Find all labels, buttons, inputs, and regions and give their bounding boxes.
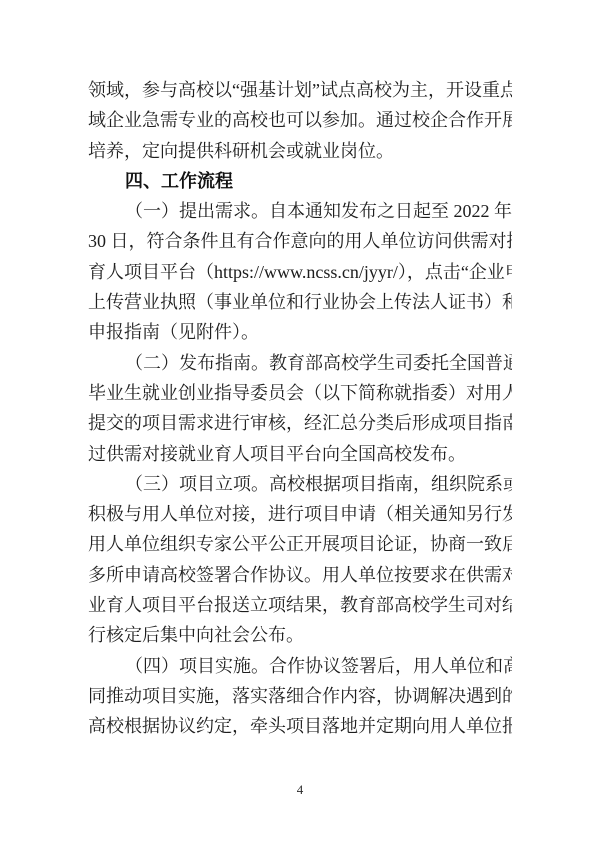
text-line: 培养，定向提供科研机会或就业岗位。 xyxy=(88,136,512,166)
text-line: （二）发布指南。教育部高校学生司委托全国普通高校 xyxy=(88,348,512,378)
text-line: 申报指南（见附件）。 xyxy=(88,317,512,347)
text-line: （四）项目实施。合作协议签署后，用人单位和高校共 xyxy=(88,651,512,681)
text-line: 积极与用人单位对接，进行项目申请（相关通知另行发布）。 xyxy=(88,499,512,529)
page-number: 4 xyxy=(0,782,600,798)
text-line: 用人单位组织专家公平公正开展项目论证，协商一致后可与 xyxy=(88,529,512,559)
text-line: 30 日，符合条件且有合作意向的用人单位访问供需对接就业 xyxy=(88,226,512,256)
text-line: （一）提出需求。自本通知发布之日起至 2022 年 6 月 xyxy=(88,196,512,226)
text-line: （三）项目立项。高校根据项目指南，组织院系或部门 xyxy=(88,469,512,499)
text-line: 行核定后集中向社会公布。 xyxy=(88,620,512,650)
text-line: 过供需对接就业育人项目平台向全国高校发布。 xyxy=(88,439,512,469)
text-line: 多所申请高校签署合作协议。用人单位按要求在供需对接就 xyxy=(88,560,512,590)
text-line: 上传营业执照（事业单位和行业协会上传法人证书）和项目 xyxy=(88,287,512,317)
text-line: 高校根据协议约定，牵头项目落地并定期向用人单位报告进 xyxy=(88,711,512,741)
text-line: 育人项目平台（https://www.ncss.cn/jyyr/），点击“企业申… xyxy=(88,257,512,287)
document-page: 领域，参与高校以“强基计划”试点高校为主，开设重点领域企业急需专业的高校也可以参… xyxy=(0,0,600,850)
text-line: 业育人项目平台报送立项结果，教育部高校学生司对结果进 xyxy=(88,590,512,620)
text-line: 同推动项目实施，落实落细合作内容，协调解决遇到的问题。 xyxy=(88,681,512,711)
section-heading: 四、工作流程 xyxy=(88,166,512,196)
text-line: 域企业急需专业的高校也可以参加。通过校企合作开展联合 xyxy=(88,105,512,135)
text-block: 领域，参与高校以“强基计划”试点高校为主，开设重点领域企业急需专业的高校也可以参… xyxy=(88,75,512,742)
text-line: 领域，参与高校以“强基计划”试点高校为主，开设重点领 xyxy=(88,75,512,105)
text-line: 毕业生就业创业指导委员会（以下简称就指委）对用人单位 xyxy=(88,378,512,408)
text-line: 提交的项目需求进行审核，经汇总分类后形成项目指南，通 xyxy=(88,408,512,438)
